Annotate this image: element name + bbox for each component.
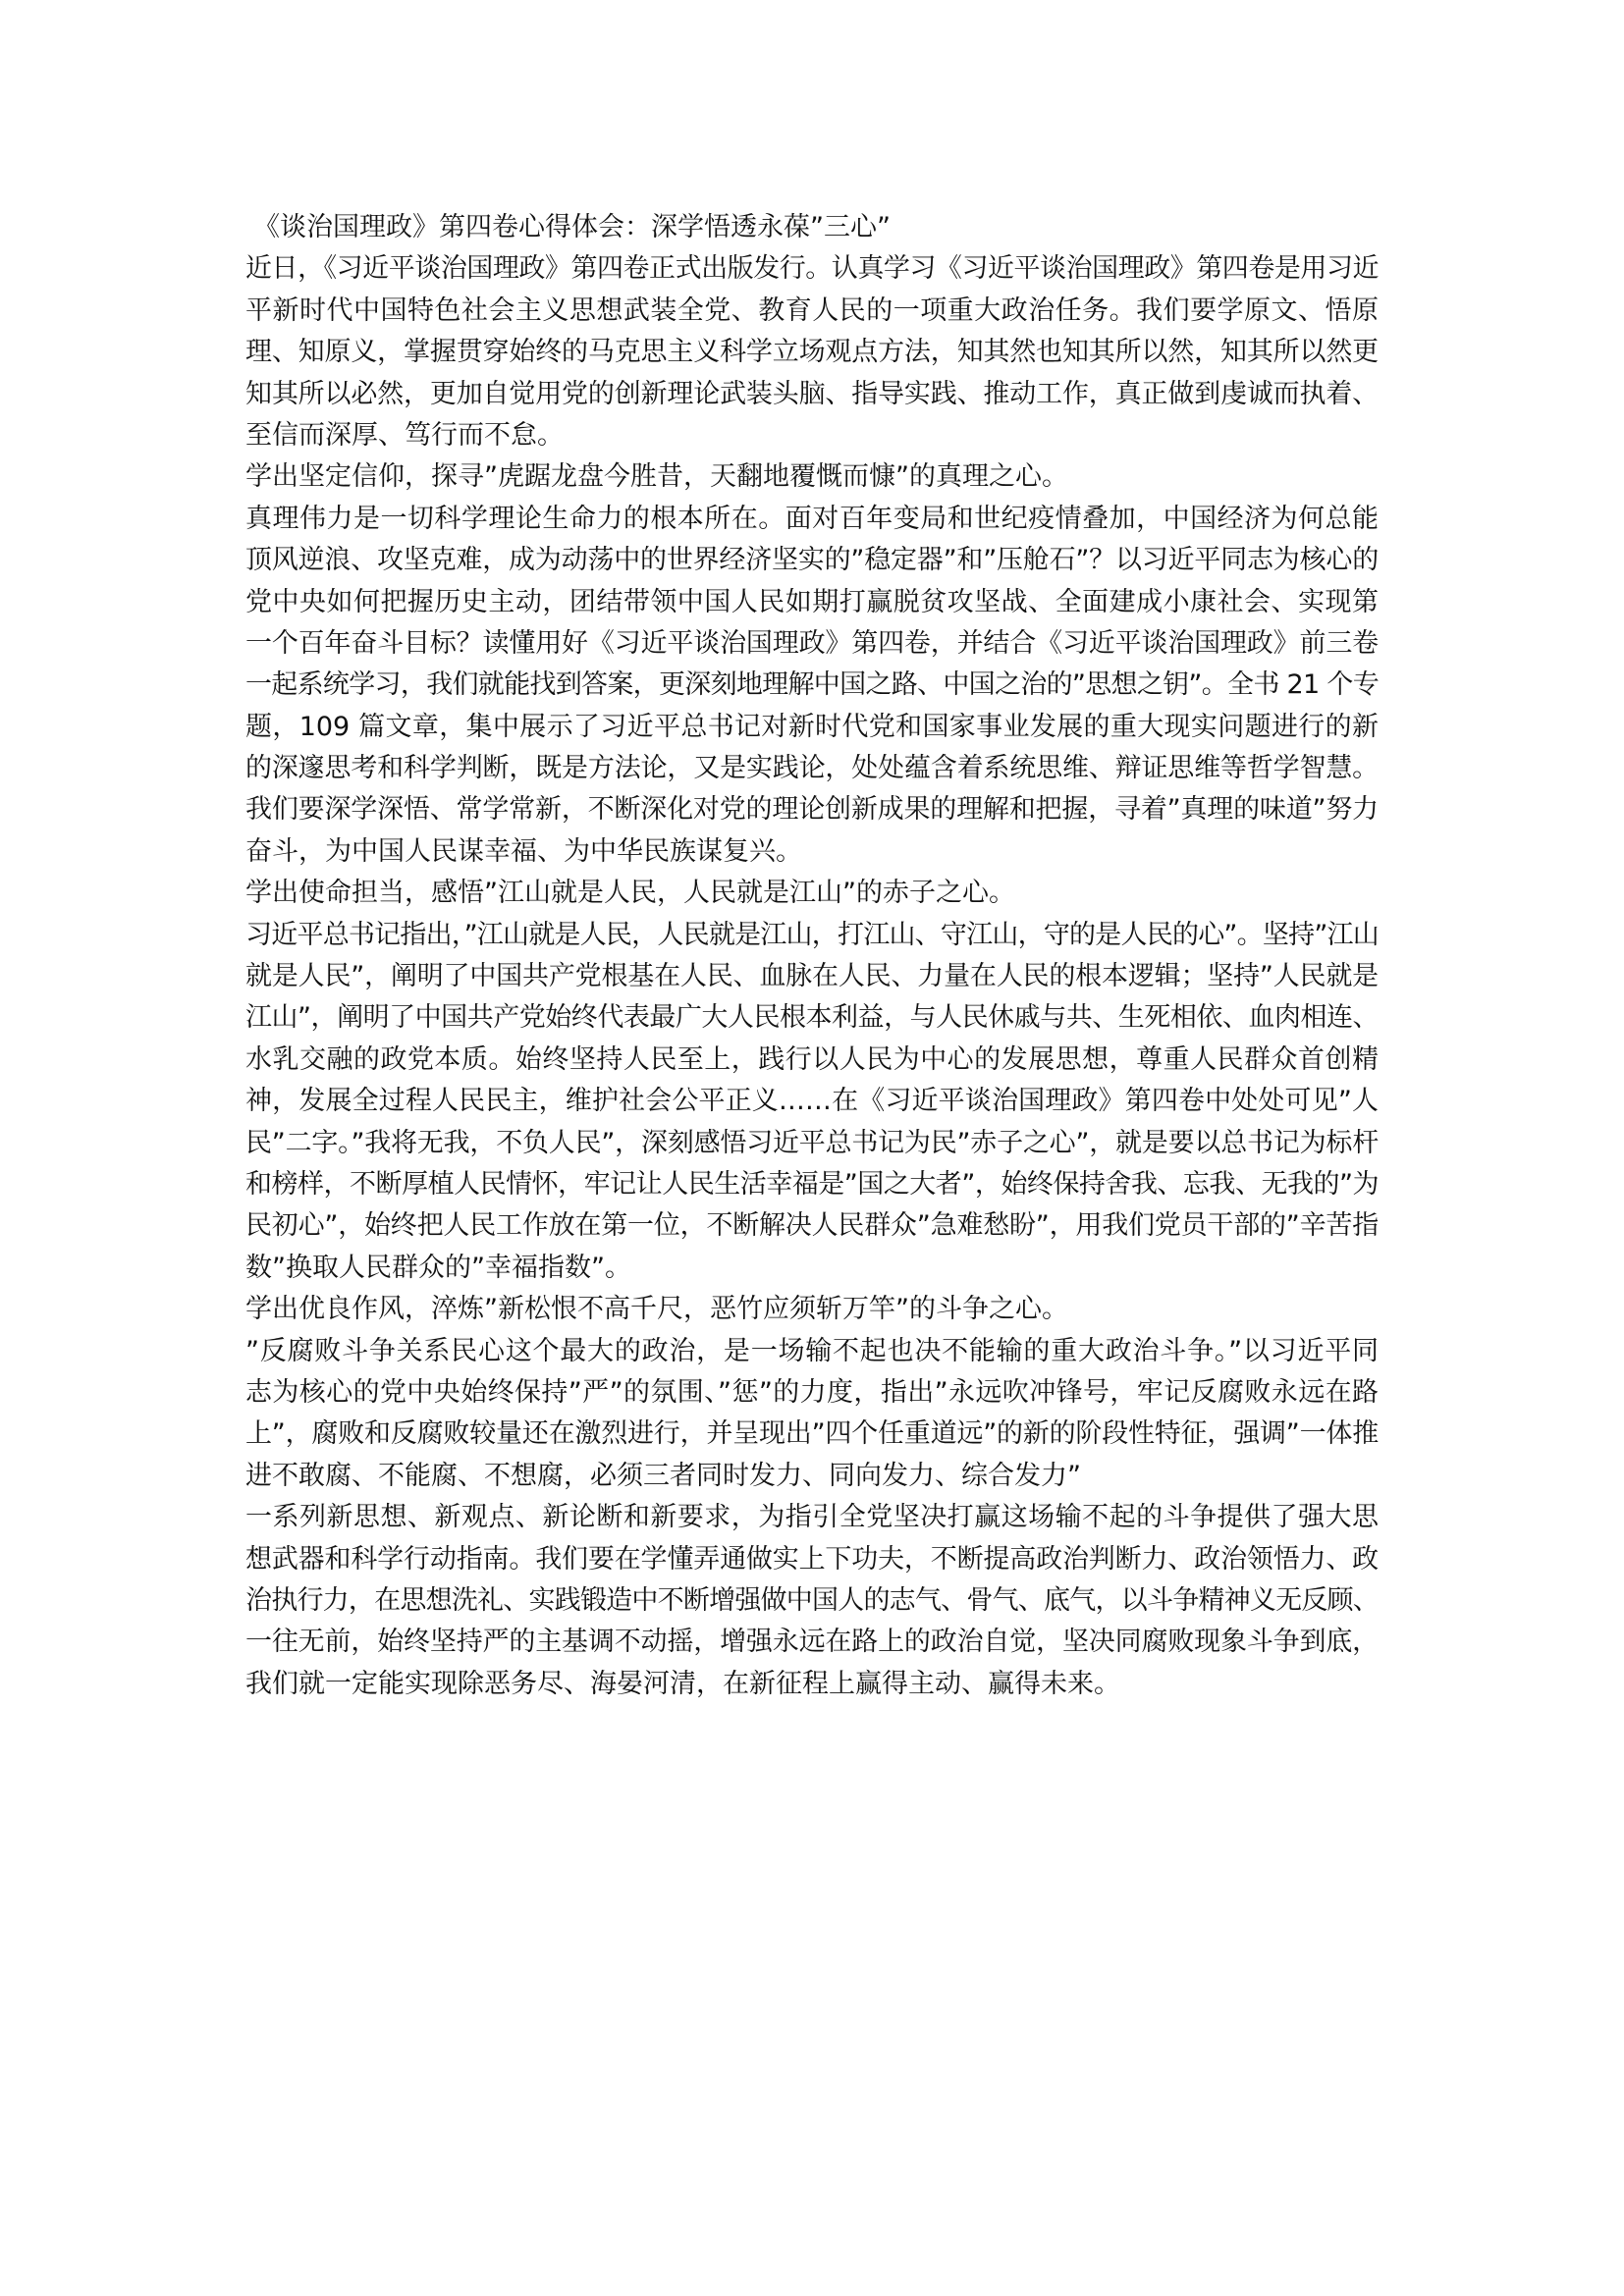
text-line: 奋斗，为中国人民谋幸福、为中华民族谋复兴。 — [245, 831, 1379, 873]
text-line: 理、知原义，掌握贯穿始终的马克思主义科学立场观点方法，知其然也知其所以然，知其所… — [245, 332, 1379, 373]
text-line: 近日，《习近平谈治国理政》第四卷正式出版发行。认真学习《习近平谈治国理政》第四卷… — [245, 248, 1379, 290]
section-heading-style: 学出优良作风，淬炼”新松恨不高千尺，恶竹应须斩万竿”的斗争之心。 — [245, 1289, 1379, 1330]
text-line: 我们就一定能实现除恶务尽、海晏河清，在新征程上赢得主动、赢得未来。 — [245, 1664, 1379, 1705]
text-line: 一个百年奋斗目标？读懂用好《习近平谈治国理政》第四卷，并结合《习近平谈治国理政》… — [245, 623, 1379, 665]
text-line: 进不敢腐、不能腐、不想腐，必须三者同时发力、同向发力、综合发力” — [245, 1456, 1379, 1497]
text-line: 至信而深厚、笃行而不怠。 — [245, 415, 1379, 456]
heading-line: 学出坚定信仰，探寻”虎踞龙盘今胜昔，天翻地覆慨而慷”的真理之心。 — [245, 456, 1379, 498]
text-line: 真理伟力是一切科学理论生命力的根本所在。面对百年变局和世纪疫情叠加，中国经济为何… — [245, 499, 1379, 540]
paragraph-people: 习近平总书记指出，”江山就是人民，人民就是江山，打江山、守江山，守的是人民的心”… — [245, 915, 1379, 1290]
text-line: 志为核心的党中央始终保持”严”的氛围、”惩”的力度，指出”永远吹冲锋号，牢记反腐… — [245, 1372, 1379, 1414]
text-line: ”反腐败斗争关系民心这个最大的政治，是一场输不起也决不能输的重大政治斗争。”以习… — [245, 1331, 1379, 1372]
text-line: 平新时代中国特色社会主义思想武装全党、教育人民的一项重大政治任务。我们要学原文、… — [245, 291, 1379, 332]
text-line: 数”换取人民群众的”幸福指数”。 — [245, 1248, 1379, 1289]
text-line: 治执行力，在思想洗礼、实践锻造中不断增强做中国人的志气、骨气、底气，以斗争精神义… — [245, 1580, 1379, 1622]
text-line: 就是人民”，阐明了中国共产党根基在人民、血脉在人民、力量在人民的根本逻辑；坚持”… — [245, 956, 1379, 997]
paragraph-conclusion: 一系列新思想、新观点、新论断和新要求，为指引全党坚决打赢这场输不起的斗争提供了强… — [245, 1497, 1379, 1705]
text-line: 上”，腐败和反腐败较量还在激烈进行，并呈现出”四个任重道远”的新的阶段性特征，强… — [245, 1414, 1379, 1455]
text-line: 的深邃思考和科学判断，既是方法论，又是实践论，处处蕴含着系统思维、辩证思维等哲学… — [245, 748, 1379, 789]
text-line: 党中央如何把握历史主动，团结带领中国人民如期打赢脱贫攻坚战、全面建成小康社会、实… — [245, 582, 1379, 623]
heading-line: 学出使命担当，感悟”江山就是人民，人民就是江山”的赤子之心。 — [245, 873, 1379, 914]
text-line: 题，109 篇文章，集中展示了习近平总书记对新时代党和国家事业发展的重大现实问题… — [245, 707, 1379, 748]
text-line: 知其所以必然，更加自觉用党的创新理论武装头脑、指导实践、推动工作，真正做到虔诚而… — [245, 374, 1379, 415]
text-line: 一起系统学习，我们就能找到答案，更深刻地理解中国之路、中国之治的”思想之钥”。全… — [245, 665, 1379, 706]
text-line: 和榜样，不断厚植人民情怀，牢记让人民生活幸福是”国之大者”，始终保持舍我、忘我、… — [245, 1164, 1379, 1205]
paragraph-anticorruption: ”反腐败斗争关系民心这个最大的政治，是一场输不起也决不能输的重大政治斗争。”以习… — [245, 1331, 1379, 1498]
heading-line: 学出优良作风，淬炼”新松恨不高千尺，恶竹应须斩万竿”的斗争之心。 — [245, 1289, 1379, 1330]
section-heading-mission: 学出使命担当，感悟”江山就是人民，人民就是江山”的赤子之心。 — [245, 873, 1379, 914]
text-line: 民”二字。”我将无我，不负人民”，深刻感悟习近平总书记为民”赤子之心”，就是要以… — [245, 1123, 1379, 1164]
text-line: 江山”，阐明了中国共产党始终代表最广大人民根本利益，与人民休戚与共、生死相依、血… — [245, 997, 1379, 1039]
text-line: 习近平总书记指出，”江山就是人民，人民就是江山，打江山、守江山，守的是人民的心”… — [245, 915, 1379, 956]
text-line: 民初心”，始终把人民工作放在第一位，不断解决人民群众”急难愁盼”，用我们党员干部… — [245, 1205, 1379, 1247]
document-page: 《谈治国理政》第四卷心得体会：深学悟透永葆”三心” 近日，《习近平谈治国理政》第… — [245, 207, 1379, 1705]
text-line: 神，发展全过程人民民主，维护社会公平正义……在《习近平谈治国理政》第四卷中处处可… — [245, 1081, 1379, 1122]
text-line: 想武器和科学行动指南。我们要在学懂弄通做实上下功夫，不断提高政治判断力、政治领悟… — [245, 1539, 1379, 1580]
paragraph-truth: 真理伟力是一切科学理论生命力的根本所在。面对百年变局和世纪疫情叠加，中国经济为何… — [245, 499, 1379, 874]
document-title: 《谈治国理政》第四卷心得体会：深学悟透永葆”三心” — [245, 207, 1379, 248]
text-line: 一往无前，始终坚持严的主基调不动摇，增强永远在路上的政治自觉，坚决同腐败现象斗争… — [245, 1622, 1379, 1663]
paragraph-intro: 近日，《习近平谈治国理政》第四卷正式出版发行。认真学习《习近平谈治国理政》第四卷… — [245, 248, 1379, 456]
text-line: 一系列新思想、新观点、新论断和新要求，为指引全党坚决打赢这场输不起的斗争提供了强… — [245, 1497, 1379, 1538]
text-line: 顶风逆浪、攻坚克难，成为动荡中的世界经济坚实的”稳定器”和”压舱石”？以习近平同… — [245, 540, 1379, 581]
text-line: 水乳交融的政党本质。始终坚持人民至上，践行以人民为中心的发展思想，尊重人民群众首… — [245, 1040, 1379, 1081]
text-line: 我们要深学深悟、常学常新，不断深化对党的理论创新成果的理解和把握，寻着”真理的味… — [245, 789, 1379, 830]
section-heading-faith: 学出坚定信仰，探寻”虎踞龙盘今胜昔，天翻地覆慨而慷”的真理之心。 — [245, 456, 1379, 498]
